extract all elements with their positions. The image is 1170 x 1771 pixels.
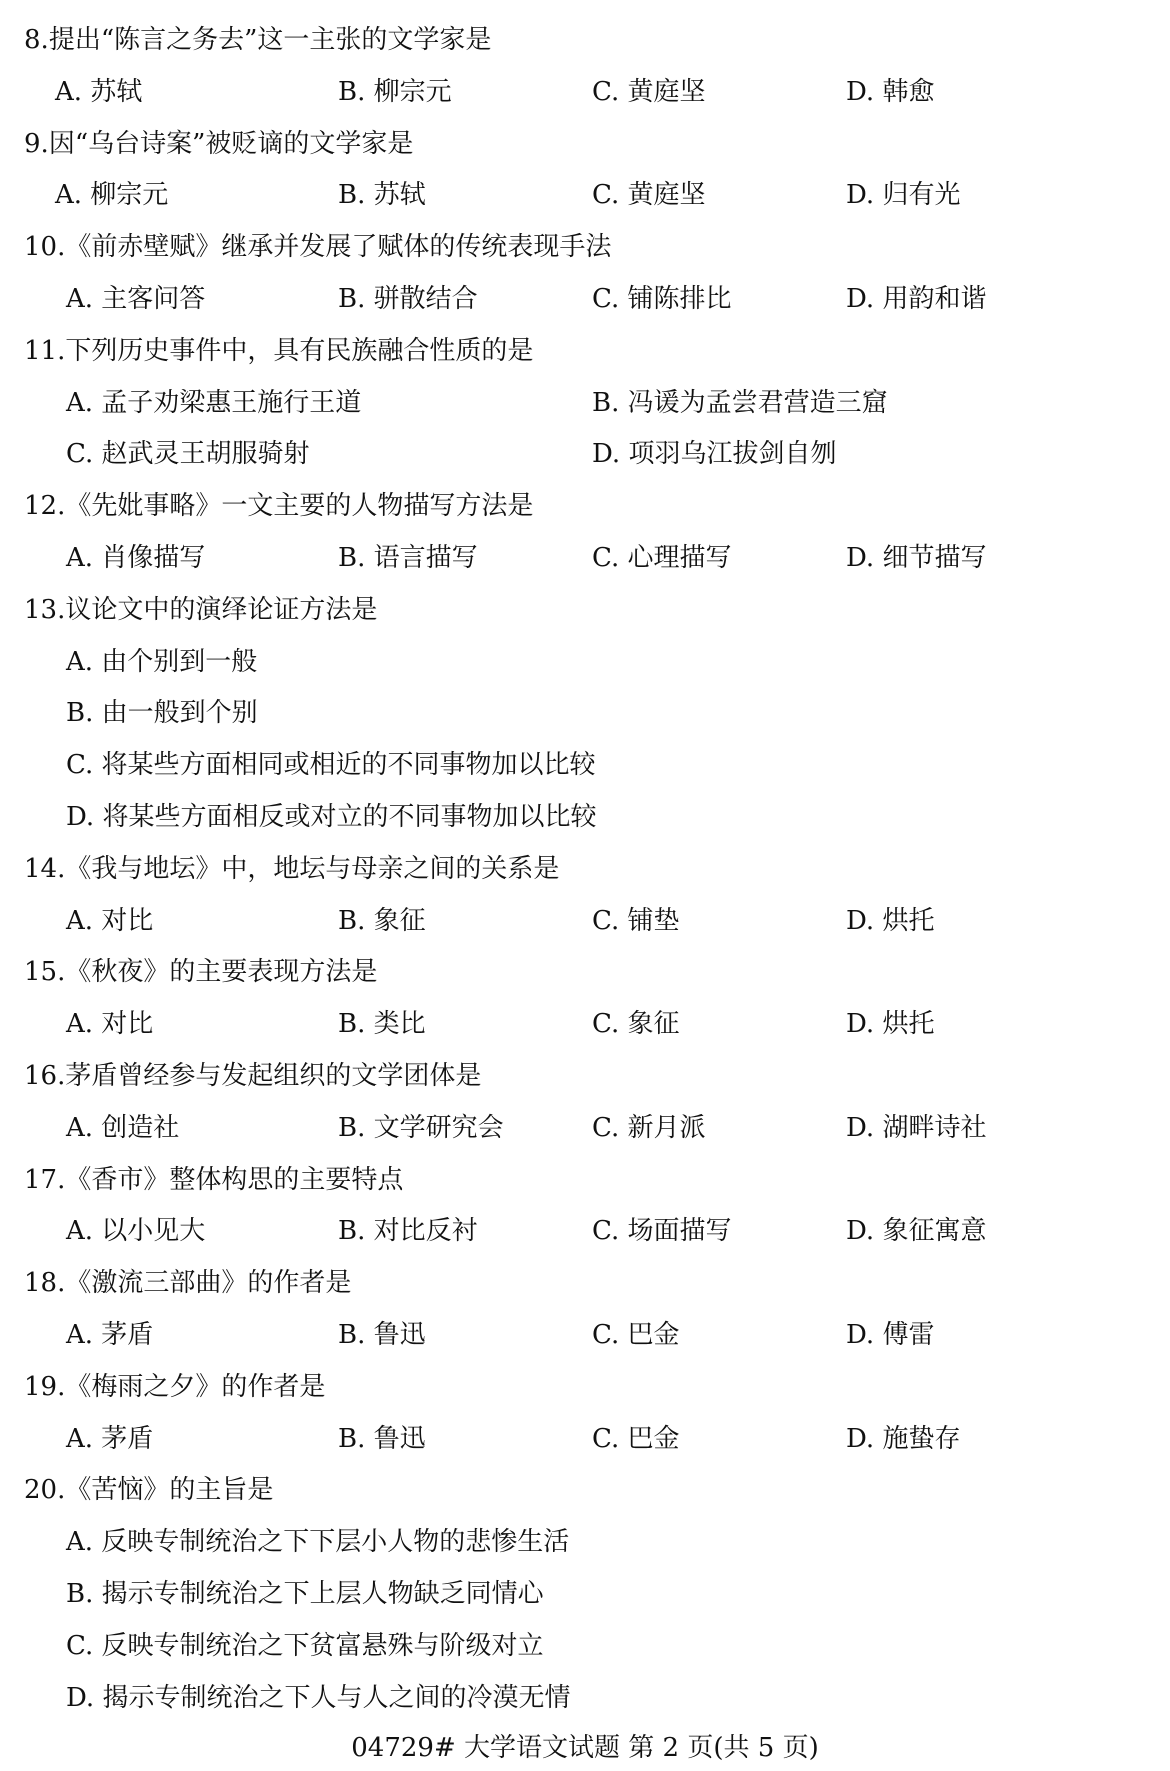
option-b: B. 象征	[338, 895, 426, 947]
option-c: C. 黄庭坚	[592, 169, 706, 221]
question-number: 14.	[24, 854, 65, 884]
option-d: D. 项羽乌江拔剑自刎	[592, 428, 836, 480]
option-a: A. 苏轼	[55, 66, 142, 118]
option-c: C. 铺陈排比	[592, 273, 732, 325]
option-a: A. 孟子劝梁惠王施行王道	[66, 377, 361, 429]
option-b: B. 冯谖为孟尝君营造三窟	[592, 377, 888, 429]
option-c: C. 新月派	[592, 1102, 706, 1154]
option-b: B. 揭示专制统治之下上层人物缺乏同情心	[66, 1568, 544, 1620]
option-a: A. 对比	[66, 998, 153, 1050]
option-c: C. 赵武灵王胡服骑射	[66, 428, 310, 480]
option-d: D. 归有光	[846, 169, 960, 221]
option-d: D. 将某些方面相反或对立的不同事物加以比较	[66, 791, 596, 843]
question-text: 《先妣事略》一文主要的人物描写方法是	[65, 491, 533, 521]
option-b: B. 类比	[338, 998, 426, 1050]
question-number: 15.	[24, 957, 65, 987]
option-d: D. 烘托	[846, 895, 934, 947]
question-text: 提出“陈言之务去”这一主张的文学家是	[49, 25, 492, 55]
question-number: 17.	[24, 1165, 65, 1195]
question-stem: 16.茅盾曾经参与发起组织的文学团体是	[24, 1050, 481, 1102]
question-text: 茅盾曾经参与发起组织的文学团体是	[65, 1061, 481, 1091]
option-d: D. 湖畔诗社	[846, 1102, 986, 1154]
question-number: 10.	[24, 232, 65, 262]
question-stem: 17.《香市》整体构思的主要特点	[24, 1154, 403, 1206]
option-d: D. 傅雷	[846, 1309, 934, 1361]
question-number: 11.	[24, 336, 65, 366]
question-stem: 20.《苦恼》的主旨是	[24, 1464, 273, 1516]
question-stem: 13.议论文中的演绎论证方法是	[24, 584, 377, 636]
question-stem: 9.因“乌台诗案”被贬谪的文学家是	[24, 118, 413, 170]
option-d: D. 烘托	[846, 998, 934, 1050]
option-b: B. 骈散结合	[338, 273, 478, 325]
exam-page: 8.提出“陈言之务去”这一主张的文学家是A. 苏轼B. 柳宗元C. 黄庭坚D. …	[0, 0, 1170, 1771]
option-d: D. 揭示专制统治之下人与人之间的冷漠无情	[66, 1672, 570, 1724]
question-number: 18.	[24, 1268, 65, 1298]
question-stem: 18.《激流三部曲》的作者是	[24, 1257, 351, 1309]
question-number: 16.	[24, 1061, 65, 1091]
option-b: B. 鲁迅	[338, 1413, 426, 1465]
option-c: C. 将某些方面相同或相近的不同事物加以比较	[66, 739, 596, 791]
question-number: 12.	[24, 491, 65, 521]
option-c: C. 巴金	[592, 1413, 680, 1465]
question-stem: 15.《秋夜》的主要表现方法是	[24, 946, 377, 998]
question-text: 下列历史事件中，具有民族融合性质的是	[65, 336, 533, 366]
option-a: A. 茅盾	[66, 1413, 153, 1465]
option-d: D. 象征寓意	[846, 1205, 986, 1257]
option-a: A. 由个别到一般	[66, 636, 257, 688]
option-b: B. 由一般到个别	[66, 687, 258, 739]
option-b: B. 文学研究会	[338, 1102, 504, 1154]
page-footer: 04729# 大学语文试题 第 2 页(共 5 页)	[0, 1724, 1170, 1771]
question-stem: 14.《我与地坛》中，地坛与母亲之间的关系是	[24, 843, 559, 895]
option-c: C. 黄庭坚	[592, 66, 706, 118]
option-b: B. 语言描写	[338, 532, 478, 584]
question-text: 《苦恼》的主旨是	[65, 1475, 273, 1505]
question-stem: 10.《前赤壁赋》继承并发展了赋体的传统表现手法	[24, 221, 611, 273]
option-d: D. 用韵和谐	[846, 273, 986, 325]
option-a: A. 茅盾	[66, 1309, 153, 1361]
option-a: A. 对比	[66, 895, 153, 947]
question-stem: 11.下列历史事件中，具有民族融合性质的是	[24, 325, 533, 377]
question-number: 19.	[24, 1372, 65, 1402]
question-number: 8.	[24, 25, 49, 55]
question-text: 因“乌台诗案”被贬谪的文学家是	[49, 129, 414, 159]
question-text: 《秋夜》的主要表现方法是	[65, 957, 377, 987]
question-number: 9.	[24, 129, 49, 159]
question-text: 议论文中的演绎论证方法是	[65, 595, 377, 625]
option-a: A. 柳宗元	[55, 169, 168, 221]
option-a: A. 创造社	[66, 1102, 179, 1154]
option-d: D. 细节描写	[846, 532, 986, 584]
question-number: 13.	[24, 595, 65, 625]
question-text: 《激流三部曲》的作者是	[65, 1268, 351, 1298]
option-c: C. 反映专制统治之下贫富悬殊与阶级对立	[66, 1620, 544, 1672]
option-c: C. 铺垫	[592, 895, 680, 947]
option-a: A. 以小见大	[66, 1205, 205, 1257]
option-a: A. 主客问答	[66, 273, 205, 325]
question-stem: 19.《梅雨之夕》的作者是	[24, 1361, 325, 1413]
question-stem: 8.提出“陈言之务去”这一主张的文学家是	[24, 14, 491, 66]
option-b: B. 对比反衬	[338, 1205, 478, 1257]
option-a: A. 肖像描写	[66, 532, 205, 584]
option-d: D. 韩愈	[846, 66, 934, 118]
option-c: C. 巴金	[592, 1309, 680, 1361]
option-c: C. 象征	[592, 998, 680, 1050]
option-b: B. 苏轼	[338, 169, 426, 221]
question-number: 20.	[24, 1475, 65, 1505]
option-b: B. 鲁迅	[338, 1309, 426, 1361]
option-c: C. 场面描写	[592, 1205, 732, 1257]
option-c: C. 心理描写	[592, 532, 732, 584]
question-text: 《前赤壁赋》继承并发展了赋体的传统表现手法	[65, 232, 611, 262]
question-text: 《我与地坛》中，地坛与母亲之间的关系是	[65, 854, 559, 884]
option-b: B. 柳宗元	[338, 66, 452, 118]
question-stem: 12.《先妣事略》一文主要的人物描写方法是	[24, 480, 533, 532]
question-text: 《香市》整体构思的主要特点	[65, 1165, 403, 1195]
question-text: 《梅雨之夕》的作者是	[65, 1372, 325, 1402]
option-d: D. 施蛰存	[846, 1413, 960, 1465]
option-a: A. 反映专制统治之下下层小人物的悲惨生活	[66, 1516, 569, 1568]
